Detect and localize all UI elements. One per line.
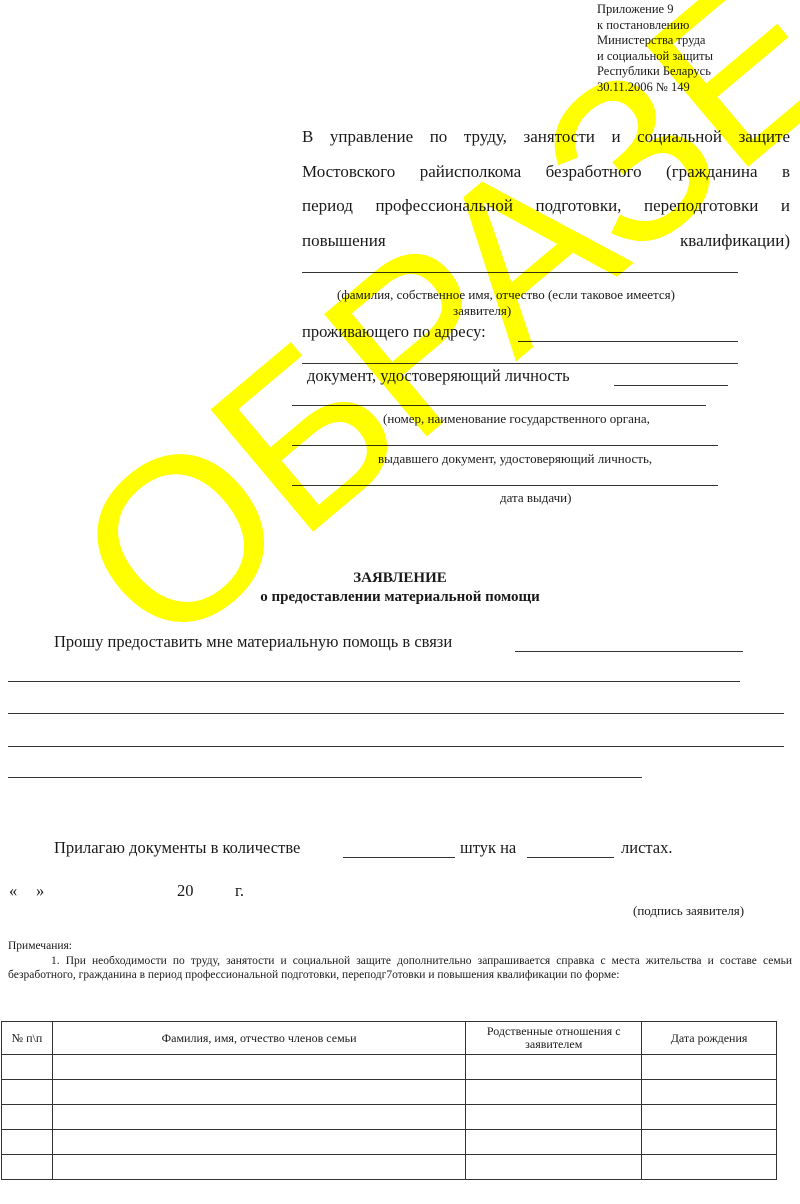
cell-number[interactable] <box>2 1055 53 1080</box>
addressee-line: Мостовского райисполкома безработного (г… <box>302 155 790 190</box>
cell-full-name[interactable] <box>52 1155 465 1180</box>
cell-birth-date[interactable] <box>642 1130 777 1155</box>
id-caption-3: дата выдачи) <box>500 490 571 505</box>
cell-birth-date[interactable] <box>642 1155 777 1180</box>
id-doc-field-4[interactable] <box>292 485 718 486</box>
date-open-quote: « <box>9 881 17 901</box>
signature-caption: (подпись заявителя) <box>633 903 744 918</box>
table-row <box>2 1155 777 1180</box>
appendix-line: Республики Беларусь <box>597 64 713 80</box>
header-full-name: Фамилия, имя, отчество членов семьи <box>52 1022 465 1055</box>
address-label: проживающего по адресу: <box>302 322 486 342</box>
id-doc-field[interactable] <box>614 385 728 386</box>
request-line-4[interactable] <box>8 777 642 778</box>
cell-birth-date[interactable] <box>642 1080 777 1105</box>
cell-relationship[interactable] <box>466 1080 642 1105</box>
header-relationship: Родственные отношения с заявителем <box>466 1022 642 1055</box>
attach-count-field[interactable] <box>343 857 455 858</box>
cell-relationship[interactable] <box>466 1130 642 1155</box>
request-text: Прошу предоставить мне материальную помо… <box>54 632 452 652</box>
appendix-line: Министерства труда <box>597 33 713 49</box>
cell-relationship[interactable] <box>466 1105 642 1130</box>
notes-item-1: 1. При необходимости по труду, занятости… <box>8 954 792 983</box>
appendix-line: и социальной защиты <box>597 49 713 65</box>
cell-relationship[interactable] <box>466 1155 642 1180</box>
notes-block: Примечания: 1. При необходимости по труд… <box>8 939 792 983</box>
appendix-line: к постановлению <box>597 18 713 34</box>
cell-full-name[interactable] <box>52 1080 465 1105</box>
statement-subtitle: о предоставлении материальной помощи <box>0 588 800 606</box>
id-caption-2: выдавшего документ, удостоверяющий лично… <box>378 451 652 466</box>
statement-title: ЗАЯВЛЕНИЕ <box>0 569 800 587</box>
appendix-header: Приложение 9 к постановлению Министерств… <box>597 2 713 95</box>
cell-relationship[interactable] <box>466 1055 642 1080</box>
appendix-line: 30.11.2006 № 149 <box>597 80 713 96</box>
family-members-table: № п\п Фамилия, имя, отчество членов семь… <box>1 1021 777 1180</box>
notes-heading: Примечания: <box>8 939 792 954</box>
header-number: № п\п <box>2 1022 53 1055</box>
cell-birth-date[interactable] <box>642 1105 777 1130</box>
attach-sheets-field[interactable] <box>527 857 614 858</box>
attach-suffix: листах. <box>621 838 673 858</box>
addressee-line: В управление по труду, занятости и социа… <box>302 120 790 155</box>
cell-full-name[interactable] <box>52 1105 465 1130</box>
date-year-suffix: г. <box>235 881 244 901</box>
date-year-prefix: 20 <box>177 881 194 901</box>
attach-prefix: Прилагаю документы в количестве <box>54 838 300 858</box>
cell-number[interactable] <box>2 1080 53 1105</box>
address-field[interactable] <box>518 341 738 342</box>
address-field-2[interactable] <box>302 363 738 364</box>
applicant-name-field[interactable] <box>302 272 738 273</box>
cell-number[interactable] <box>2 1105 53 1130</box>
cell-full-name[interactable] <box>52 1130 465 1155</box>
addressee-word: повышения <box>302 224 386 259</box>
date-close-quote: » <box>36 881 44 901</box>
name-caption: (фамилия, собственное имя, отчество (есл… <box>337 287 675 302</box>
attach-middle: штук на <box>460 838 516 858</box>
cell-number[interactable] <box>2 1155 53 1180</box>
addressee-word: квалификации) <box>680 224 790 259</box>
cell-birth-date[interactable] <box>642 1055 777 1080</box>
addressee-block: В управление по труду, занятости и социа… <box>302 120 790 258</box>
request-line-1[interactable] <box>8 681 740 682</box>
table-row <box>2 1130 777 1155</box>
table-header-row: № п\п Фамилия, имя, отчество членов семь… <box>2 1022 777 1055</box>
request-reason-field[interactable] <box>515 651 743 652</box>
id-doc-field-2[interactable] <box>292 405 706 406</box>
addressee-last-line: повышения квалификации) <box>302 224 790 259</box>
appendix-line: Приложение 9 <box>597 2 713 18</box>
id-doc-label: документ, удостоверяющий личность <box>307 366 570 386</box>
cell-full-name[interactable] <box>52 1055 465 1080</box>
id-caption-1: (номер, наименование государственного ор… <box>383 411 650 426</box>
addressee-line: период профессиональной подготовки, пере… <box>302 189 790 224</box>
table-row <box>2 1055 777 1080</box>
name-caption-2: заявителя) <box>453 303 511 318</box>
table-row <box>2 1080 777 1105</box>
cell-number[interactable] <box>2 1130 53 1155</box>
id-doc-field-3[interactable] <box>292 445 718 446</box>
header-birth-date: Дата рождения <box>642 1022 777 1055</box>
request-line-3[interactable] <box>8 746 784 747</box>
request-line-2[interactable] <box>8 713 784 714</box>
table-row <box>2 1105 777 1130</box>
